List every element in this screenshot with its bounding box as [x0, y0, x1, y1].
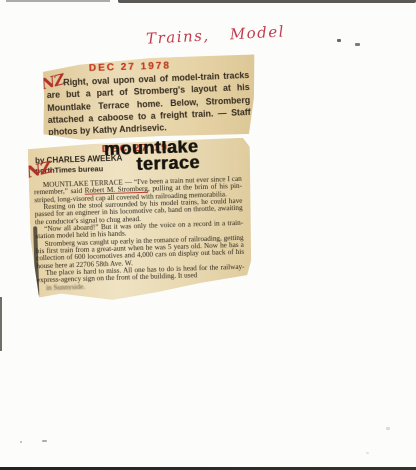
scan-speck	[366, 452, 369, 454]
scan-edge-top-left	[6, 0, 110, 2]
handwritten-nz-mark: NZ	[24, 158, 52, 182]
scan-speck	[42, 440, 47, 442]
scan-edge-left	[0, 297, 2, 351]
handwritten-subject-annotation: Trains, Model	[146, 20, 327, 47]
scanned-archive-page: Trains, Model DEC 27 1978 NZ Right, oval…	[0, 0, 416, 470]
scan-speck	[20, 441, 22, 443]
scan-speck	[337, 39, 341, 42]
article-headline: mountlake terrace	[104, 139, 200, 173]
scan-speck	[386, 427, 390, 430]
scan-edge-top	[118, 0, 416, 3]
article-body: MOUNTLAKE TERRACE — “I've been a train n…	[34, 176, 245, 291]
article-clipping: NZ by CHARLES AWEEKA northTimes bureau D…	[28, 138, 255, 303]
caption-clipping: DEC 27 1978 NZ Right, oval upon oval of …	[40, 54, 257, 143]
photo-caption-text: Right, oval upon oval of model-train tra…	[46, 69, 251, 139]
scan-speck	[355, 43, 360, 46]
